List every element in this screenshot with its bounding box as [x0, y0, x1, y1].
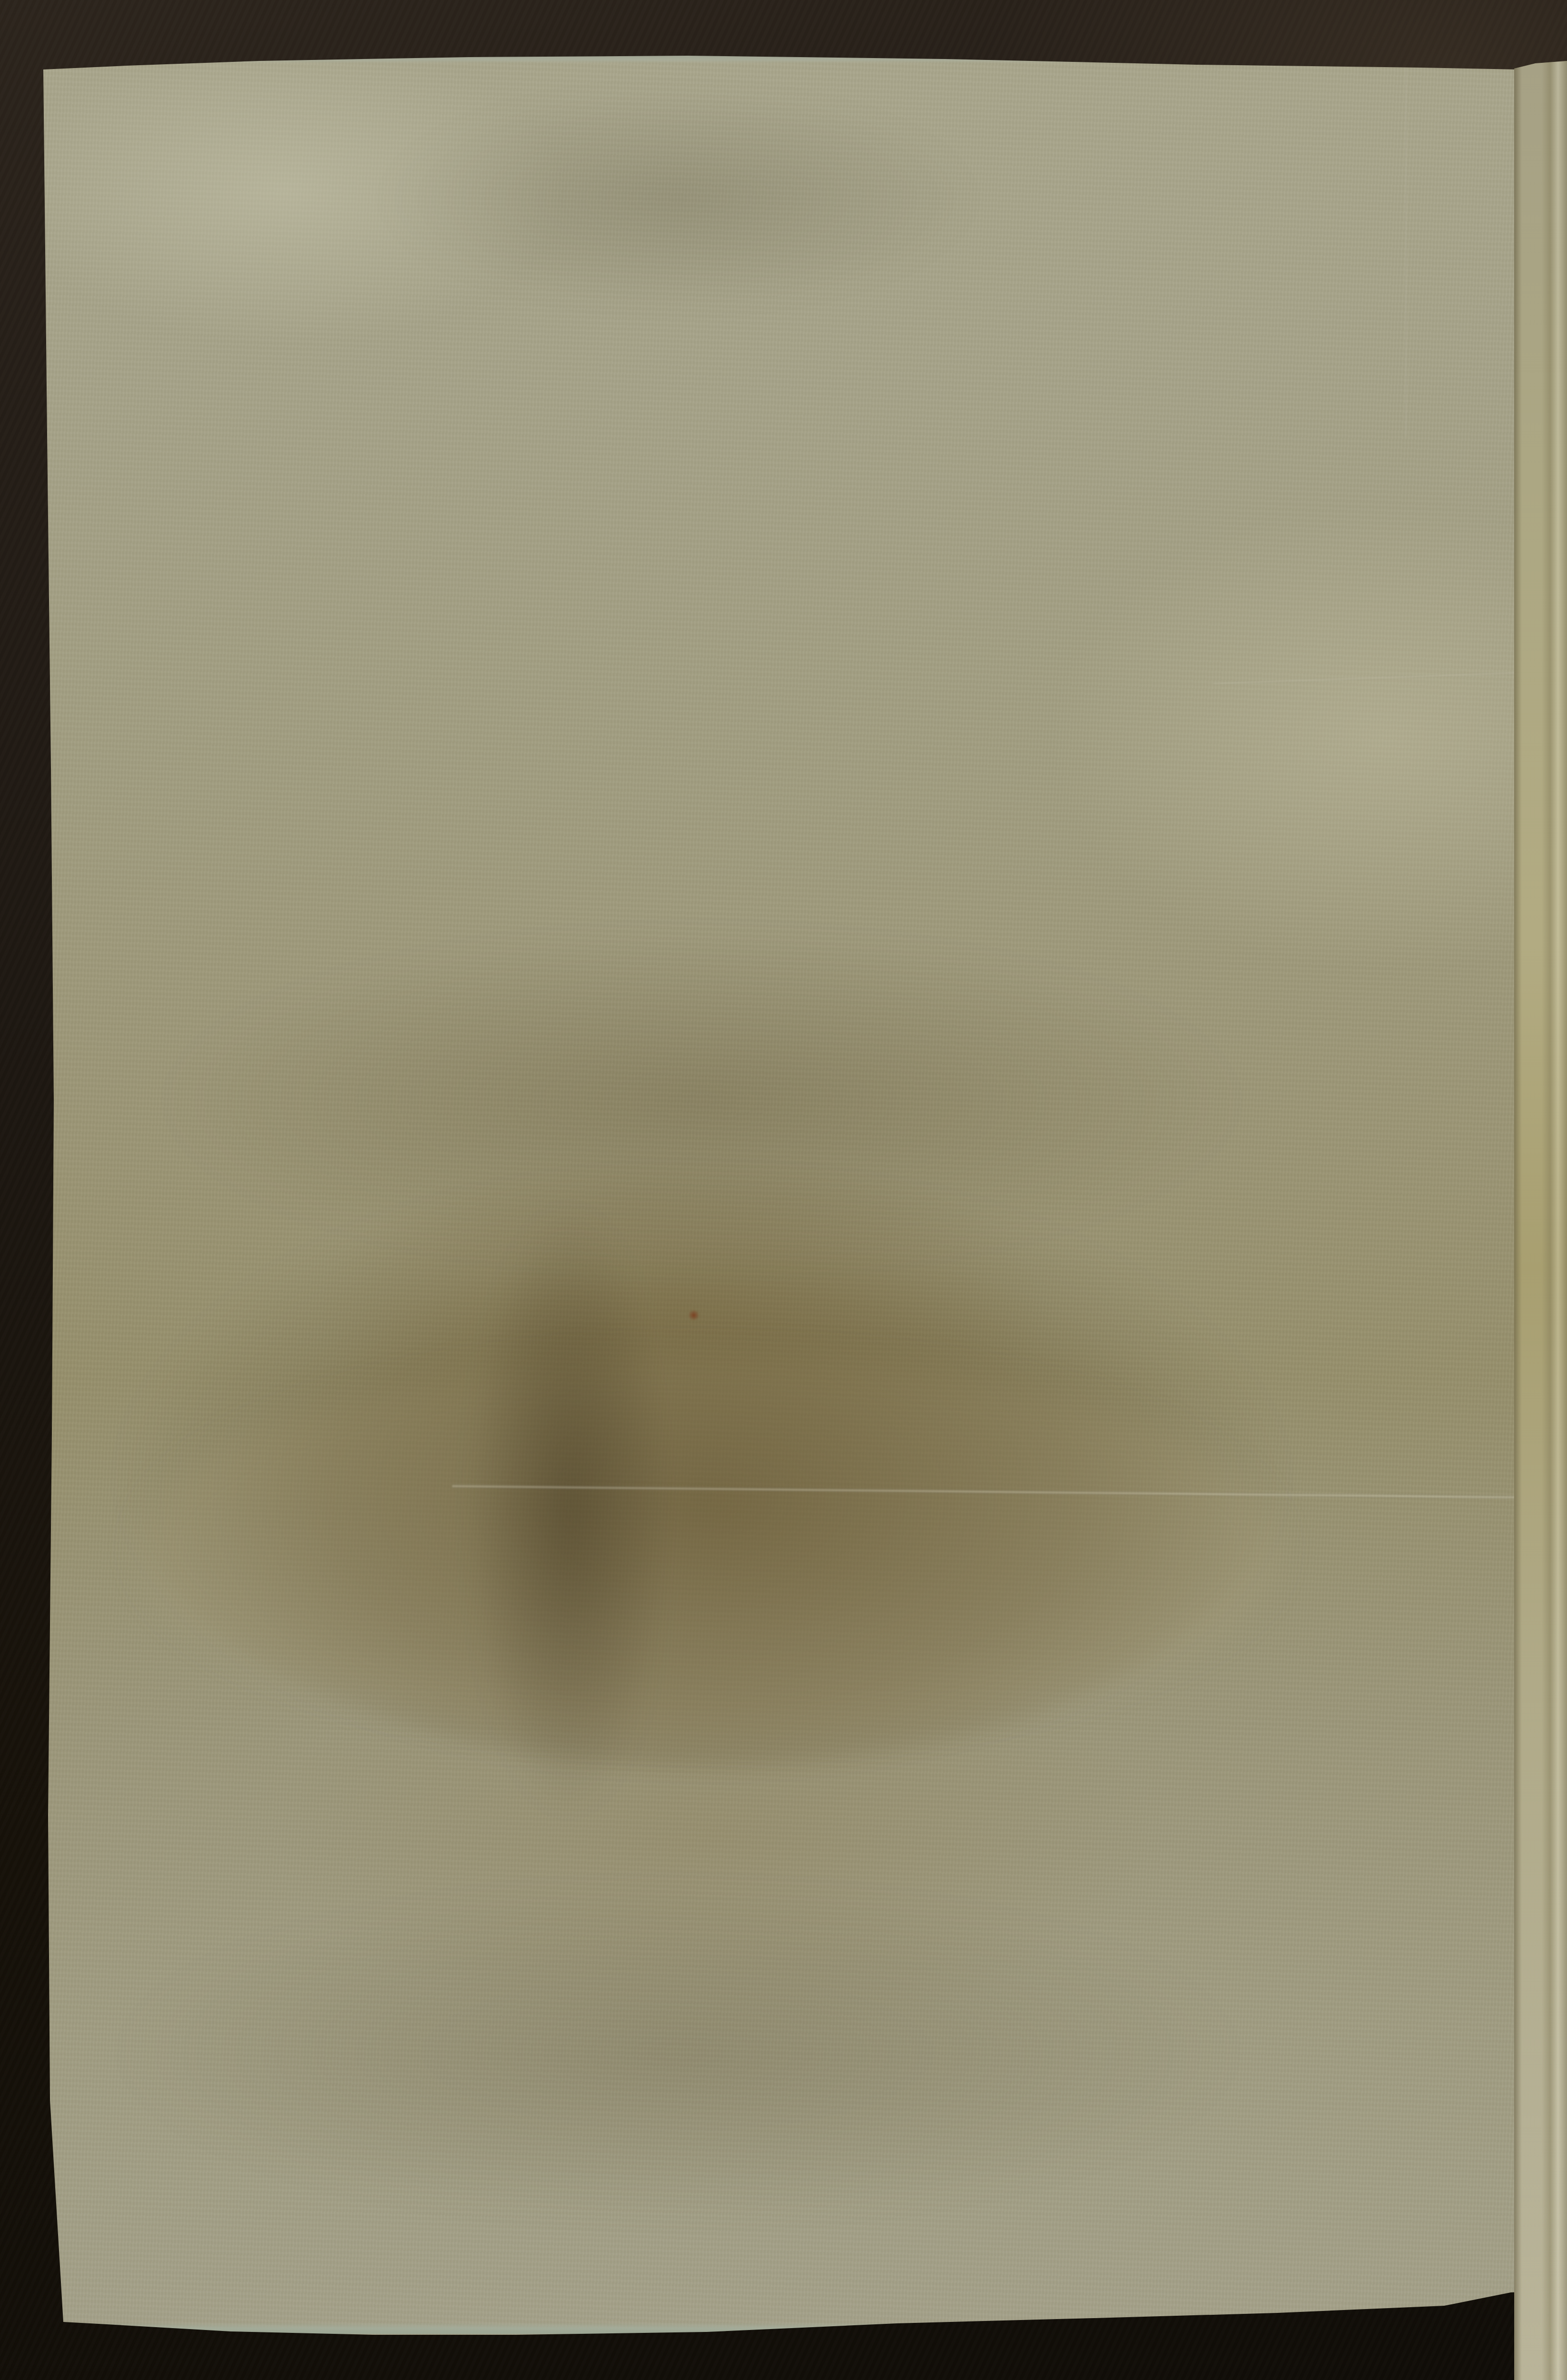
manuscript-page	[40, 53, 1567, 2335]
page-edge-strip	[1514, 61, 1567, 2380]
ink-spot	[688, 1310, 700, 1320]
photograph-background	[0, 0, 1567, 2380]
stain-haze	[143, 1357, 1275, 1737]
handwriting-layer	[40, 53, 1567, 2335]
